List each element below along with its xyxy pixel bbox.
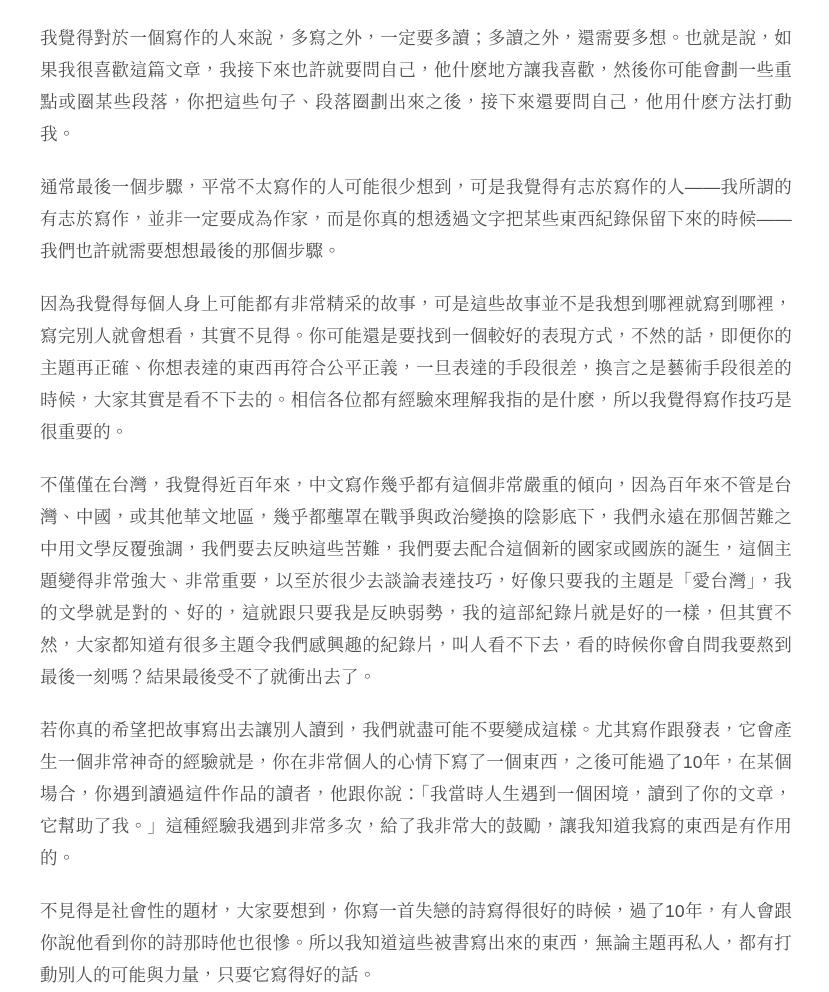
paragraph: 不僅僅在台灣，我覺得近百年來，中文寫作幾乎都有這個非常嚴重的傾向，因為百年來不管… xyxy=(40,469,792,693)
paragraph: 通常最後一個步驟，平常不太寫作的人可能很少想到，可是我覺得有志於寫作的人——我所… xyxy=(40,171,792,267)
paragraph: 我覺得對於一個寫作的人來說，多寫之外，一定要多讀；多讀之外，還需要多想。也就是說… xyxy=(40,22,792,150)
article-body: 我覺得對於一個寫作的人來說，多寫之外，一定要多讀；多讀之外，還需要多想。也就是說… xyxy=(40,22,792,991)
paragraph: 因為我覺得每個人身上可能都有非常精采的故事，可是這些故事並不是我想到哪裡就寫到哪… xyxy=(40,288,792,448)
paragraph: 不見得是社會性的題材，大家要想到，你寫一首失戀的詩寫得很好的時候，過了10年，有… xyxy=(40,895,792,991)
paragraph: 若你真的希望把故事寫出去讓別人讀到，我們就盡可能不要變成這樣。尤其寫作跟發表，它… xyxy=(40,714,792,874)
